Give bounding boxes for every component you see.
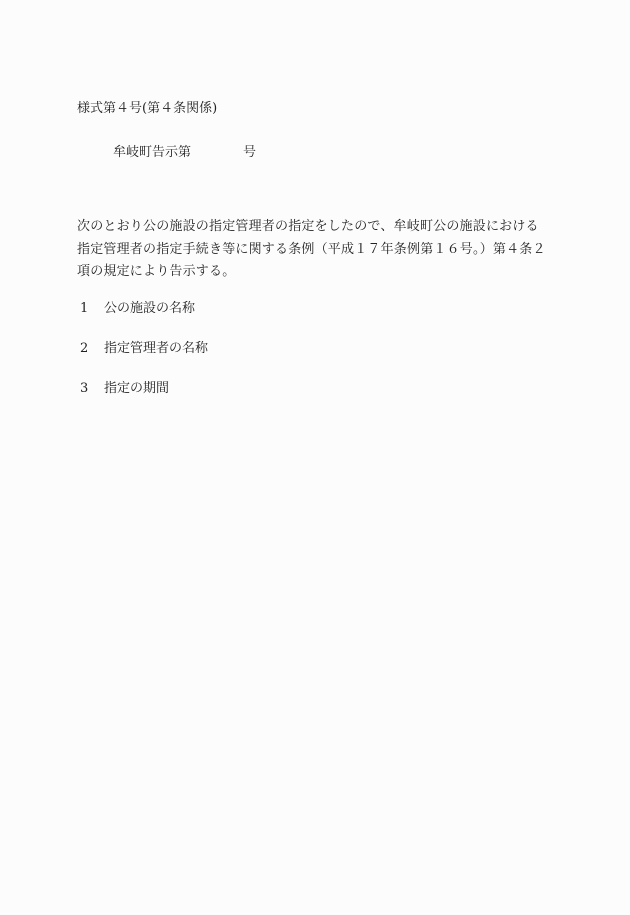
notice-body-line: 指定管理者の指定手続き等に関する条例（平成１７年条例第１６号。）第４条２	[77, 239, 567, 262]
list-item-facility-name: 1公の施設の名称	[80, 301, 195, 317]
notice-number-prefix: 牟岐町告示第	[113, 145, 191, 160]
notice-number: 牟岐町告示第号	[113, 145, 256, 161]
notice-body-line: 次のとおり公の施設の指定管理者の指定をしたので、牟岐町公の施設における	[77, 216, 567, 239]
notice-body: 次のとおり公の施設の指定管理者の指定をしたので、牟岐町公の施設における 指定管理…	[77, 216, 567, 284]
list-item-number: 3	[80, 381, 104, 397]
list-item-designation-period: 3指定の期間	[80, 381, 169, 397]
list-item-number: 2	[80, 341, 104, 357]
list-item-number: 1	[80, 301, 104, 317]
list-item-label: 指定管理者の名称	[104, 341, 208, 356]
list-item-manager-name: 2指定管理者の名称	[80, 341, 208, 357]
notice-body-line: 項の規定により告示する。	[77, 261, 567, 284]
list-item-label: 指定の期間	[104, 381, 169, 396]
form-title: 様式第４号(第４条関係)	[77, 101, 217, 117]
notice-number-suffix: 号	[243, 145, 256, 160]
list-item-label: 公の施設の名称	[104, 301, 195, 316]
